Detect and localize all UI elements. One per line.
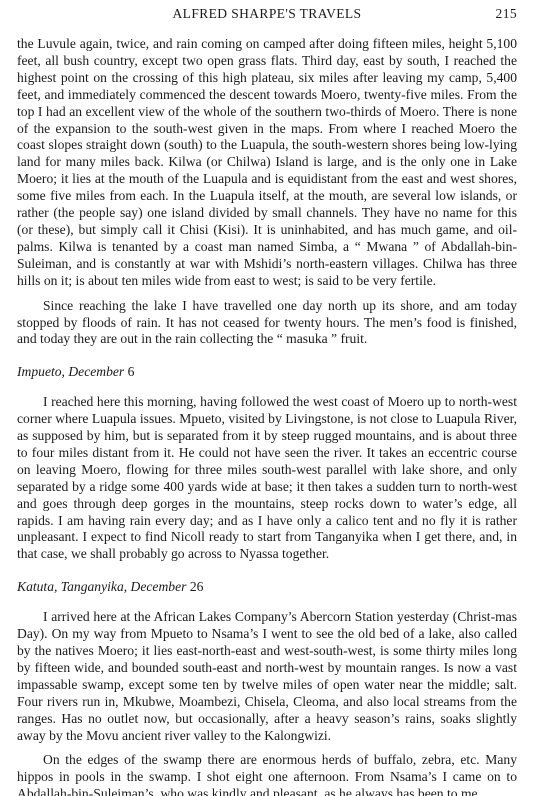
dateline-day: 6 <box>128 364 135 379</box>
dateline-impueto: Impueto, December 6 <box>17 364 517 381</box>
dateline-katuta: Katuta, Tanganyika, December 26 <box>17 579 517 596</box>
book-page: ALFRED SHARPE'S TRAVELS 215 the Luvule a… <box>17 0 517 796</box>
dateline-place: Katuta, Tanganyika, December <box>17 579 186 594</box>
paragraph-abercorn: I arrived here at the African Lakes Comp… <box>17 609 517 744</box>
paragraph-impueto: I reached here this morning, having foll… <box>17 394 517 563</box>
dateline-day: 26 <box>190 579 204 594</box>
running-title: ALFRED SHARPE'S TRAVELS <box>17 6 517 22</box>
paragraph-lake-travel: Since reaching the lake I have travelled… <box>17 298 517 349</box>
paragraph-swamp: On the edges of the swamp there are enor… <box>17 752 517 796</box>
running-head: ALFRED SHARPE'S TRAVELS 215 <box>17 6 517 28</box>
body-text: the Luvule again, twice, and rain coming… <box>17 36 517 796</box>
paragraph-continued: the Luvule again, twice, and rain coming… <box>17 36 517 290</box>
page-number: 215 <box>496 6 517 22</box>
dateline-place: Impueto, December <box>17 364 124 379</box>
